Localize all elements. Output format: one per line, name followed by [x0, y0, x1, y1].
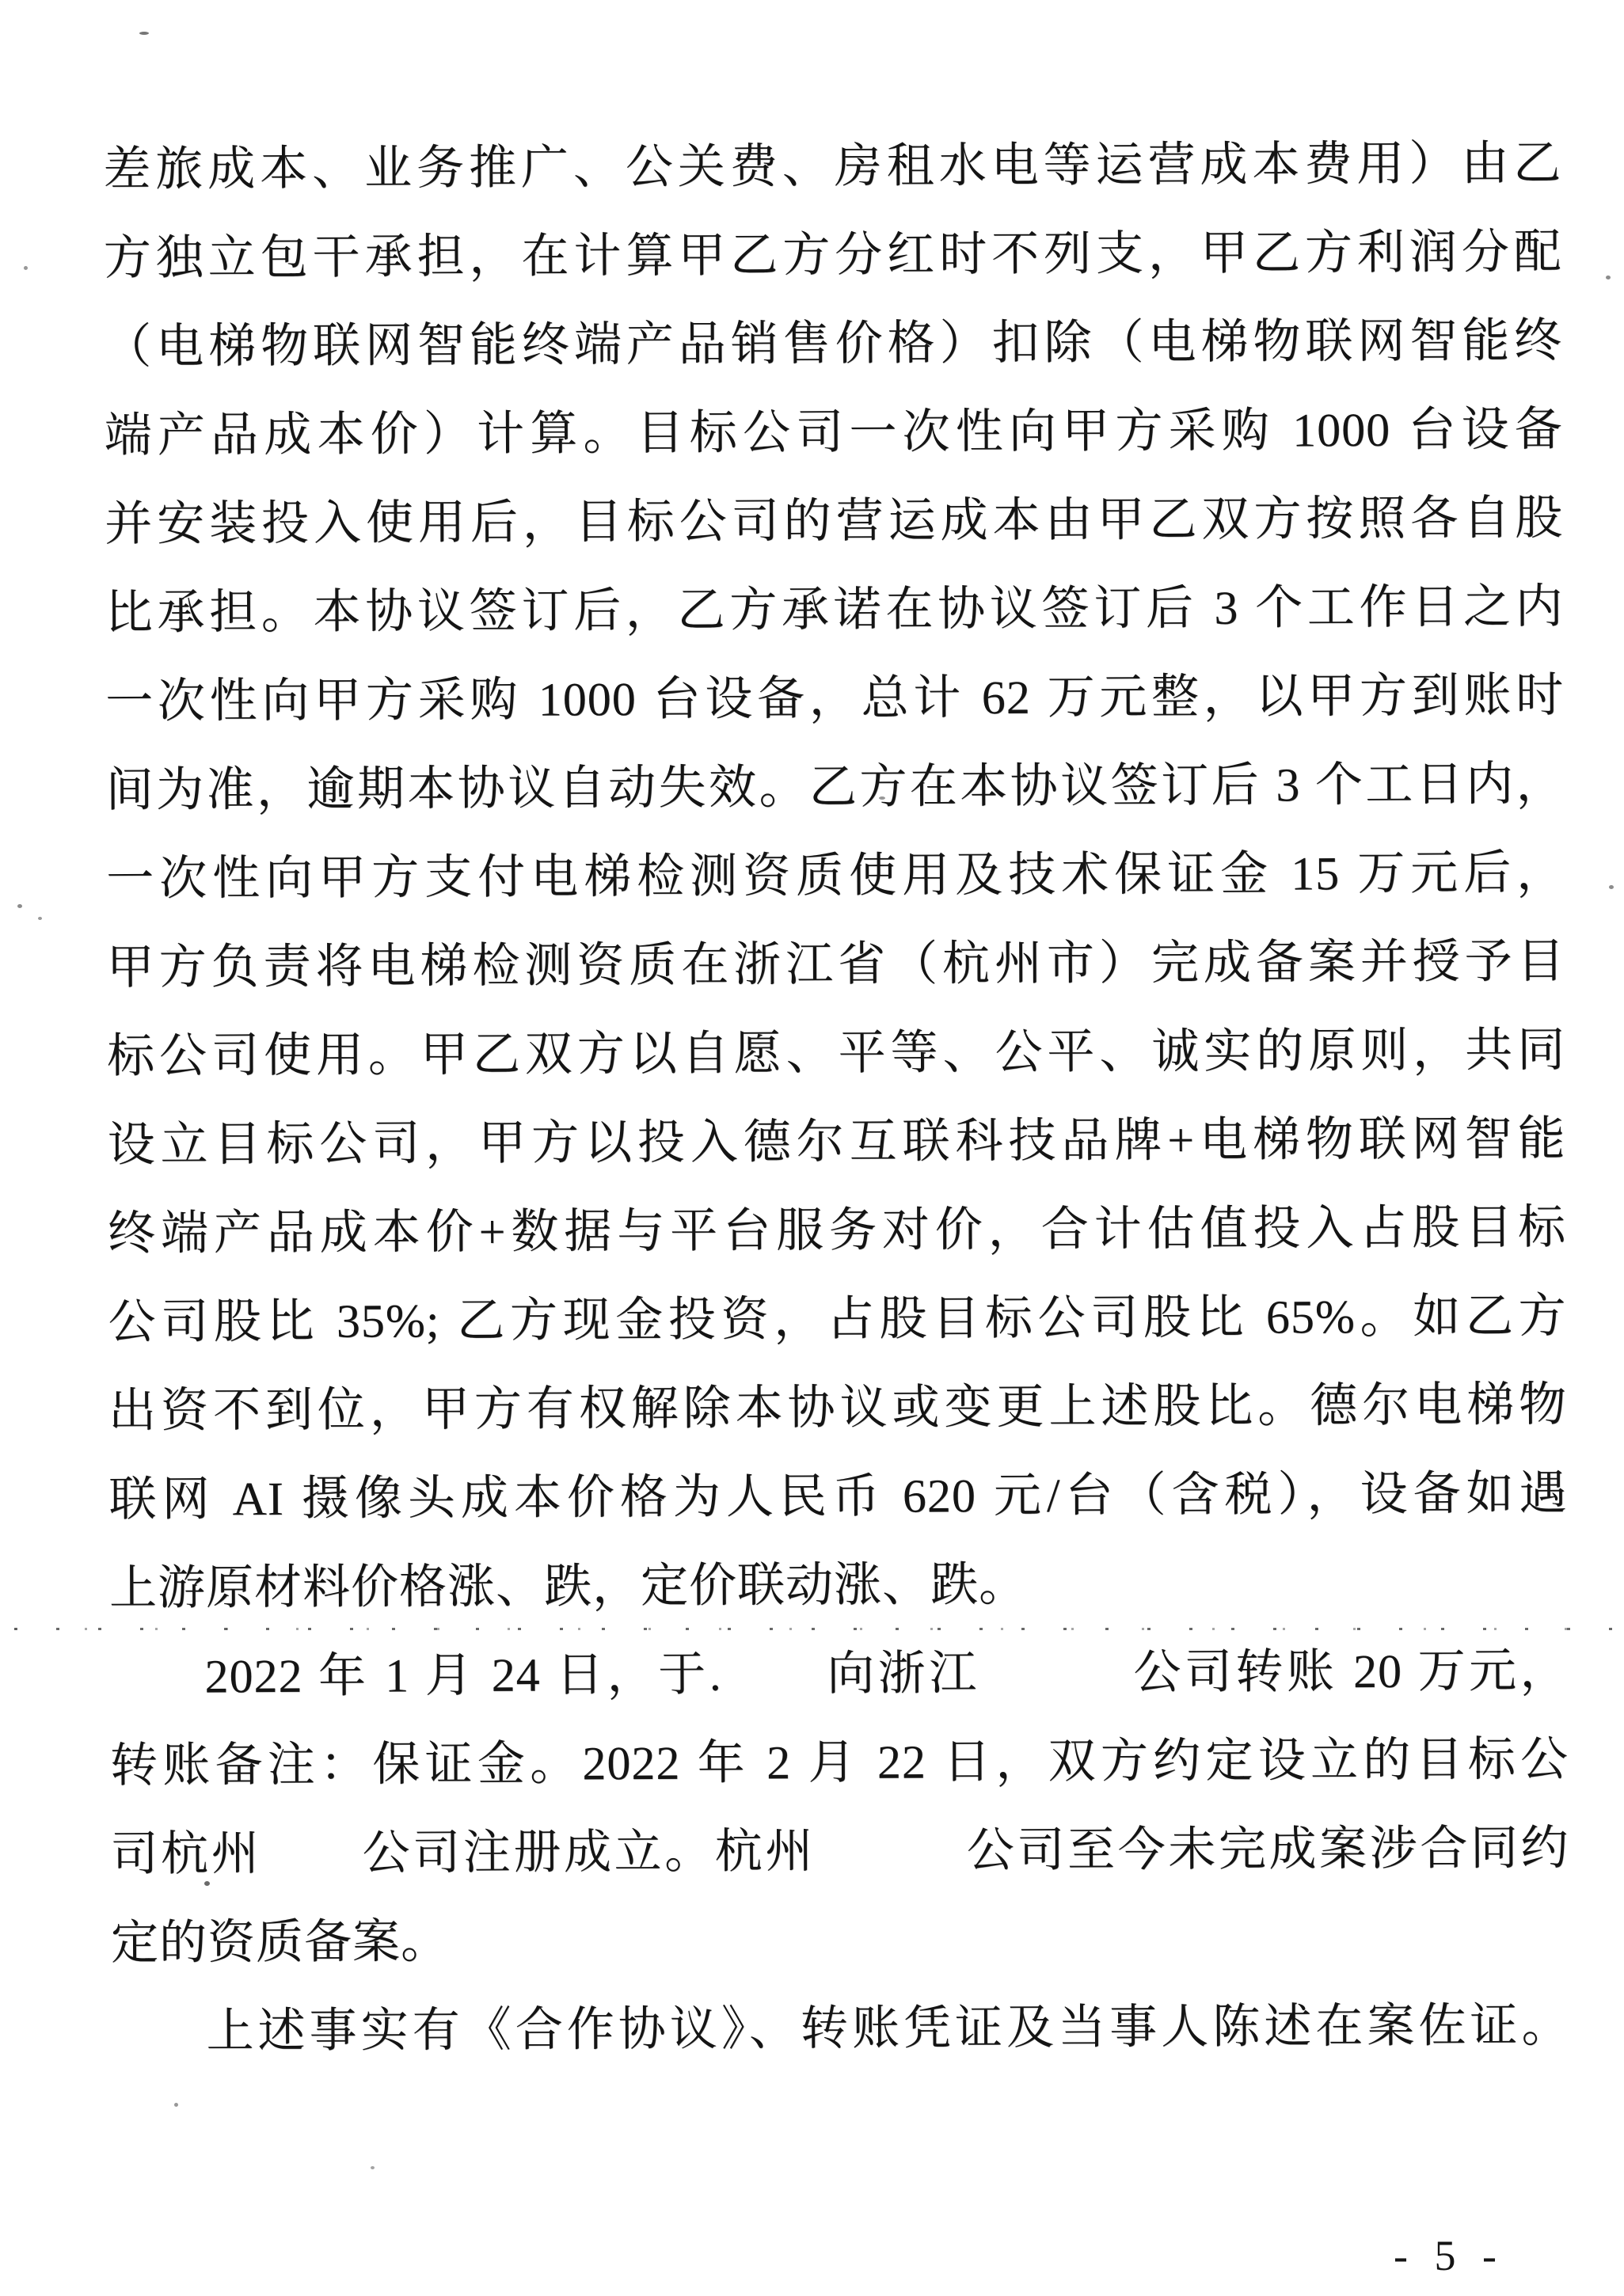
text-line: 设立目标公司，甲方以投入德尔互联科技品牌+电梯物联网智能: [107, 1094, 1565, 1189]
text-line: 端产品成本价）计算。目标公司一次性向甲方采购 1000 台设备: [104, 385, 1562, 480]
page-number: - 5 -: [1394, 2231, 1568, 2280]
text-line: 比承担。本协议签订后，乙方承诺在协议签订后 3 个工作日之内: [105, 562, 1563, 657]
text-line: （电梯物联网智能终端产品销售价格）扣除（电梯物联网智能终: [104, 296, 1562, 391]
text-line: 出资不到位，甲方有权解除本协议或变更上述股比。德尔电梯物: [108, 1360, 1567, 1455]
text-line: 公司股比 35%; 乙方现金投资，占股目标公司股比 65%。如乙方: [108, 1272, 1566, 1367]
text-line: 上游原材料价格涨、跌，定价联动涨、跌。: [109, 1538, 1568, 1633]
scan-speck: [204, 1881, 210, 1886]
text-line: 司杭州 公司注册成立。杭州 公司至今未完成案涉合同约: [110, 1804, 1569, 1899]
scan-speck: [17, 904, 22, 908]
text-line: 并安装投入使用后，目标公司的营运成本由甲乙双方按照各自股: [105, 473, 1563, 568]
text-line: 标公司使用。甲乙双方以自愿、平等、公平、诚实的原则，共同: [107, 1005, 1565, 1100]
text-line: 差旅成本、业务推广、公关费、房租水电等运营成本费用）由乙: [103, 119, 1561, 214]
text-line: 终端产品成本价+数据与平台服务对价，合计估值投入占股目标: [108, 1183, 1566, 1278]
body-text: 差旅成本、业务推广、公关费、房租水电等运营成本费用）由乙 方独立包干承担，在计算…: [103, 119, 1570, 2076]
text-line: 甲方负责将电梯检测资质在浙江省（杭州市）完成备案并授予目: [106, 917, 1565, 1012]
scan-speck: [38, 917, 42, 920]
text-line: 转账备注：保证金。2022 年 2 月 22 日，双方约定设立的目标公: [110, 1715, 1569, 1810]
scan-speck: [1606, 276, 1611, 279]
scan-speck: [879, 796, 885, 800]
text-line: 一次性向甲方采购 1000 台设备，总计 62 万元整，以甲方到账时: [105, 651, 1564, 746]
text-line: 上述事实有《合作协议》、转账凭证及当事人陈述在案佐证。: [111, 1981, 1569, 2076]
text-line: 2022 年 1 月 24 日，于. 向浙江 公司转账 20 万元，: [109, 1626, 1568, 1721]
scan-speck: [139, 32, 149, 35]
text-line: 联网 AI 摄像头成本价格为人民币 620 元/台（含税），设备如遇: [108, 1449, 1567, 1544]
scan-speck: [371, 2166, 375, 2169]
scanned-document-page: 差旅成本、业务推广、公关费、房租水电等运营成本费用）由乙 方独立包干承担，在计算…: [0, 0, 1624, 2296]
text-line: 定的资质备案。: [111, 1892, 1569, 1987]
text-line: 间为准，逾期本协议自动失效。乙方在本协议签订后 3 个工日内，: [105, 739, 1564, 834]
text-line: 一次性向甲方支付电梯检测资质使用及技术保证金 15 万元后，: [106, 828, 1565, 923]
text-line: 方独立包干承担，在计算甲乙方分红时不列支，甲乙方利润分配: [103, 207, 1561, 302]
scan-speck: [24, 266, 28, 270]
scan-speck: [1609, 885, 1614, 889]
scan-speck: [174, 2103, 178, 2107]
scan-artifact-dotted-line: [14, 1628, 1614, 1630]
